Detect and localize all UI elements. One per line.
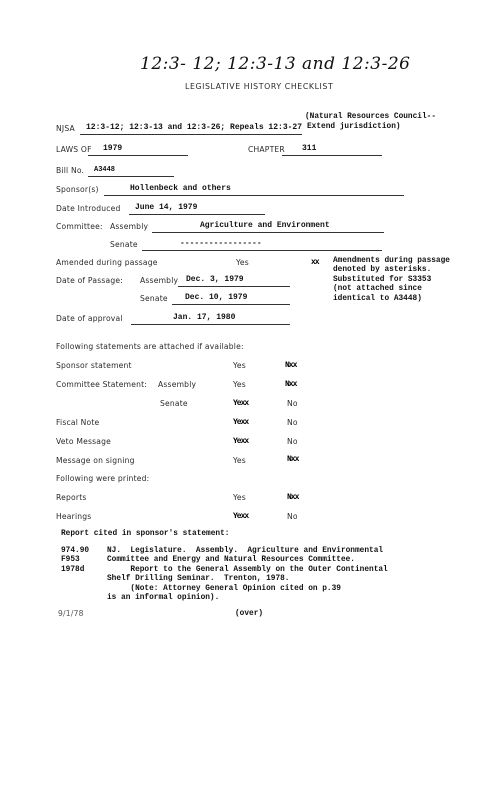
committee-senate-value: -----------------	[180, 239, 262, 248]
report-call-number: 974.90 F953 1978d	[61, 547, 89, 575]
passage-assembly-label: Assembly	[140, 276, 178, 285]
statement-label: Message on signing	[56, 456, 135, 465]
statement-yes-struck: Yexx	[233, 418, 248, 427]
statement-no: No	[287, 418, 298, 427]
statement-yes-struck: Yexx	[233, 437, 248, 446]
statement-no: No	[287, 437, 298, 446]
report-cited-label: Report cited in sponsor's statement:	[61, 530, 229, 539]
amended-yes: Yes	[236, 258, 249, 267]
committee-label: Committee:	[56, 222, 103, 231]
statement-no-struck: Nxx	[287, 455, 298, 464]
chapter-label: CHAPTER	[248, 145, 285, 154]
date-of-approval-underline	[131, 324, 290, 325]
bill-no-label: Bill No.	[56, 166, 84, 175]
bill-no-value: A3448	[94, 166, 115, 174]
report-citation: NJ. Legislature. Assembly. Agriculture a…	[107, 547, 388, 603]
handwritten-statute-header: 12:3- 12; 12:3-13 and 12:3-26	[140, 54, 410, 74]
printed-yes-struck: Yexx	[233, 512, 248, 521]
laws-of-value: 1979	[103, 144, 122, 153]
date-of-approval-label: Date of approval	[56, 314, 123, 323]
statement-yes: Yes	[233, 361, 246, 370]
printed-no-struck: Nxx	[287, 493, 298, 502]
passage-assembly-value: Dec. 3, 1979	[186, 275, 244, 284]
date-introduced-value: June 14, 1979	[135, 203, 197, 212]
passage-senate-label: Senate	[140, 294, 168, 303]
laws-of-label: LAWS OF	[56, 145, 92, 154]
statement-sub-label: Assembly	[158, 380, 196, 389]
chapter-value: 311	[302, 144, 316, 153]
chapter-underline	[282, 155, 382, 156]
njsa-label: NJSA	[56, 124, 75, 133]
over-indicator: (over)	[235, 610, 263, 619]
date-introduced-underline	[129, 214, 265, 215]
date-introduced-label: Date Introduced	[56, 204, 121, 213]
passage-senate-underline	[172, 304, 290, 305]
committee-senate-underline	[142, 250, 382, 251]
committee-senate-label: Senate	[110, 240, 138, 249]
statement-label: Veto Message	[56, 437, 111, 446]
sponsors-underline	[104, 195, 404, 196]
printed-yes: Yes	[233, 493, 246, 502]
amended-no-struck: xx	[311, 258, 319, 267]
printed-header: Following were printed:	[56, 474, 149, 483]
statement-no-struck: Nxx	[285, 361, 296, 370]
printed-label: Hearings	[56, 512, 91, 521]
committee-assembly-value: Agriculture and Environment	[200, 221, 330, 230]
printed-no: No	[287, 512, 298, 521]
statement-label: Fiscal Note	[56, 418, 99, 427]
statement-no: No	[287, 399, 298, 408]
form-date: 9/1/78	[58, 609, 84, 618]
statement-yes: Yes	[233, 380, 246, 389]
njsa-note-line1: (Natural Resources Council--	[305, 113, 436, 122]
date-of-approval-value: Jan. 17, 1980	[173, 313, 235, 322]
njsa-value: 12:3-12; 12:3-13 and 12:3-26; Repeals 12…	[86, 123, 302, 132]
document-title: LEGISLATIVE HISTORY CHECKLIST	[185, 82, 333, 91]
statement-yes: Yes	[233, 456, 246, 465]
passage-assembly-underline	[178, 286, 290, 287]
statement-sub-label: Senate	[160, 399, 188, 408]
njsa-underline	[80, 134, 302, 135]
sponsors-label: Sponsor(s)	[56, 185, 99, 194]
date-of-passage-label: Date of Passage:	[56, 276, 123, 285]
statement-label: Sponsor statement	[56, 361, 132, 370]
committee-assembly-label: Assembly	[110, 222, 148, 231]
statements-header: Following statements are attached if ava…	[56, 342, 244, 351]
amended-label: Amended during passage	[56, 258, 158, 267]
sponsors-value: Hollenbeck and others	[130, 184, 231, 193]
passage-senate-value: Dec. 10, 1979	[185, 293, 247, 302]
printed-label: Reports	[56, 493, 87, 502]
laws-of-underline	[88, 155, 188, 156]
bill-no-underline	[88, 176, 174, 177]
statement-yes-struck: Yexx	[233, 399, 248, 408]
statement-no-struck: Nxx	[285, 380, 296, 389]
statement-label: Committee Statement:	[56, 380, 147, 389]
njsa-note-line2: Extend jurisdiction)	[307, 123, 401, 132]
committee-assembly-underline	[152, 232, 384, 233]
amended-note: Amendments during passage denoted by ast…	[333, 257, 450, 304]
